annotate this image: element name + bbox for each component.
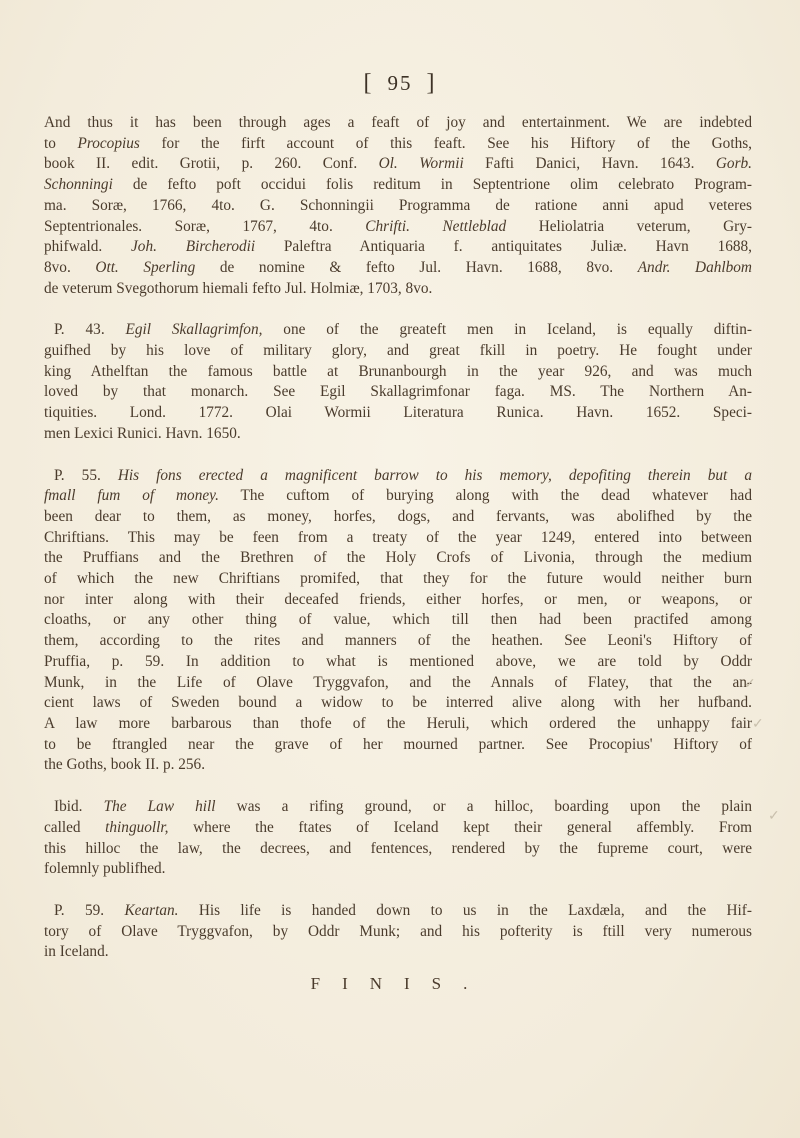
text-line: cloaths, or any other thing of value, wh… xyxy=(44,610,752,631)
text-line: cient laws of Sweden bound a widow to be… xyxy=(44,693,752,714)
text-line: folemnly publifhed. xyxy=(44,859,752,880)
page-number-value: 95 xyxy=(388,71,413,95)
paragraph-p55: P. 55. His fons erected a magnificent ba… xyxy=(44,466,752,777)
text-line: loved by that monarch. See Egil Skallagr… xyxy=(44,382,752,403)
text-line: to Procopius for the firft account of th… xyxy=(44,134,752,155)
paragraph-ibid: Ibid. The Law hill was a rifing ground, … xyxy=(44,797,752,880)
text-line: tory of Olave Tryggvafon, by Oddr Munk; … xyxy=(44,922,752,943)
text-line: in Iceland. xyxy=(44,942,752,963)
text-line: them, according to the rites and manners… xyxy=(44,631,752,652)
text-line: Munk, in the Life of Olave Tryggvafon, a… xyxy=(44,673,752,694)
text-line: king Athelftan the famous battle at Brun… xyxy=(44,362,752,383)
bracket-open: [ xyxy=(364,70,374,96)
text-line: A law more barbarous than thofe of the H… xyxy=(44,714,752,735)
margin-check-mark: ✓ xyxy=(768,808,780,825)
text-line: nor inter along with their deceafed frie… xyxy=(44,590,752,611)
text-line: to be ftrangled near the grave of her mo… xyxy=(44,735,752,756)
text-line: P. 43. Egil Skallagrimfon, one of the gr… xyxy=(44,320,752,341)
body-text: And thus it has been through ages a feaf… xyxy=(44,113,752,963)
text-line: Schonningi de fefto poft occidui folis r… xyxy=(44,175,752,196)
text-line: of which the new Chriftians promifed, th… xyxy=(44,569,752,590)
text-line: ma. Soræ, 1766, 4to. G. Schonningii Prog… xyxy=(44,196,752,217)
paragraph-feast: And thus it has been through ages a feaf… xyxy=(44,113,752,299)
text-line: 8vo. Ott. Sperling de nomine & fefto Jul… xyxy=(44,258,752,279)
text-line: And thus it has been through ages a feaf… xyxy=(44,113,752,134)
text-line: this hilloc the law, the decrees, and fe… xyxy=(44,839,752,860)
text-line: P. 55. His fons erected a magnificent ba… xyxy=(44,466,752,487)
text-line: Septentrionales. Soræ, 1767, 4to. Chrift… xyxy=(44,217,752,238)
text-line: de veterum Svegothorum hiemali fefto Jul… xyxy=(44,279,752,300)
text-line: the Goths, book II. p. 256. xyxy=(44,755,752,776)
text-line: Chriftians. This may be feen from a trea… xyxy=(44,528,752,549)
text-line: been dear to them, as money, horfes, dog… xyxy=(44,507,752,528)
text-line: Ibid. The Law hill was a rifing ground, … xyxy=(44,797,752,818)
text-line: Pruffia, p. 59. In addition to what is m… xyxy=(44,652,752,673)
text-line: phifwald. Joh. Bircherodii Paleftra Anti… xyxy=(44,237,752,258)
margin-check-mark: ✓ xyxy=(744,676,756,693)
finis: FINIS. xyxy=(0,974,800,994)
text-line: guifhed by his love of military glory, a… xyxy=(44,341,752,362)
paragraph-p59: P. 59. Keartan. His life is handed down … xyxy=(44,901,752,963)
text-line: the Pruffians and the Brethren of the Ho… xyxy=(44,548,752,569)
text-line: tiquities. Lond. 1772. Olai Wormii Liter… xyxy=(44,403,752,424)
text-line: P. 59. Keartan. His life is handed down … xyxy=(44,901,752,922)
text-line: fmall fum of money. The cuftom of buryin… xyxy=(44,486,752,507)
paragraph-p43: P. 43. Egil Skallagrimfon, one of the gr… xyxy=(44,320,752,444)
text-line: men Lexici Runici. Havn. 1650. xyxy=(44,424,752,445)
text-line: called thinguollr, where the ftates of I… xyxy=(44,818,752,839)
text-line: book II. edit. Grotii, p. 260. Conf. Ol.… xyxy=(44,154,752,175)
bracket-close: ] xyxy=(427,70,437,96)
page-number: [95] xyxy=(0,70,800,97)
margin-check-mark: ✓ xyxy=(752,716,764,733)
